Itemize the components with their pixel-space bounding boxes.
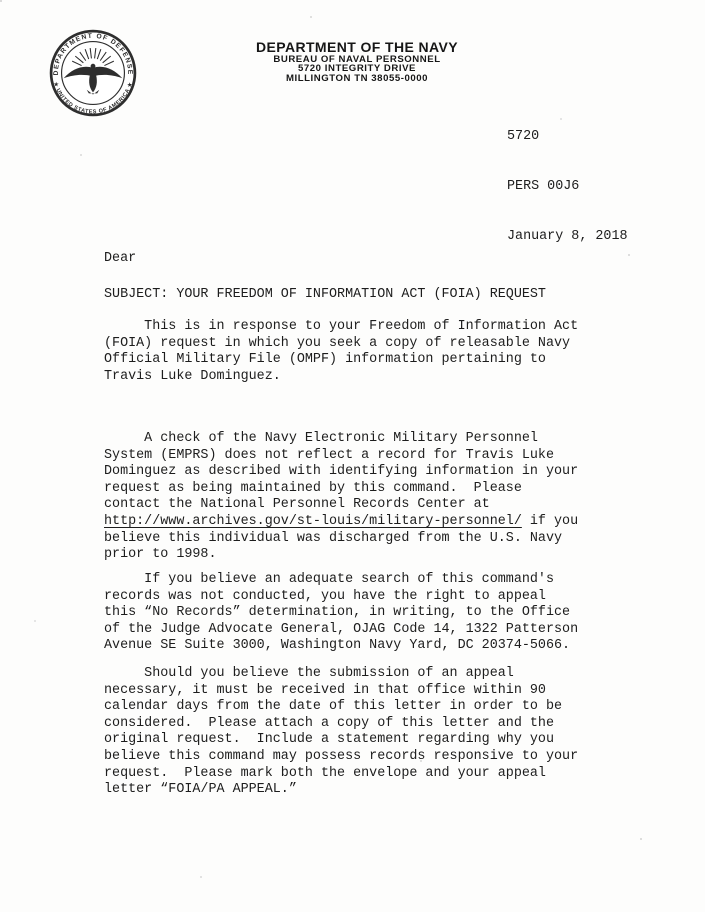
letterhead: DEPARTMENT OF THE NAVY BUREAU OF NAVAL P… — [178, 40, 536, 83]
paragraph-1: This is in response to your Freedom of I… — [104, 319, 644, 385]
letter-date: January 8, 2018 — [507, 229, 628, 246]
ssic-code: 5720 — [507, 129, 628, 146]
letterhead-department: DEPARTMENT OF THE NAVY — [178, 40, 536, 55]
scan-noise — [0, 0, 2, 2]
salutation: Dear — [104, 251, 644, 268]
letterhead-city-state-zip: MILLINGTON TN 38055-0000 — [178, 74, 536, 83]
paragraph-2: A check of the Navy Electronic Military … — [104, 431, 644, 564]
paragraph-4: Should you believe the submission of an … — [104, 666, 644, 799]
office-code: PERS 00J6 — [507, 179, 628, 196]
paragraph-3: If you believe an adequate search of thi… — [104, 572, 644, 655]
subject-line: SUBJECT: YOUR FREEDOM OF INFORMATION ACT… — [104, 287, 644, 304]
paragraph-2-text-before-link: A check of the Navy Electronic Military … — [104, 431, 578, 512]
archives-url-text: http://www.archives.gov/st-louis/militar… — [104, 514, 522, 529]
dod-seal-icon: DEPARTMENT OF DEFENSE ★ UNITED STATES OF… — [49, 29, 137, 117]
scanned-letter-page: DEPARTMENT OF DEFENSE ★ UNITED STATES OF… — [0, 0, 705, 912]
